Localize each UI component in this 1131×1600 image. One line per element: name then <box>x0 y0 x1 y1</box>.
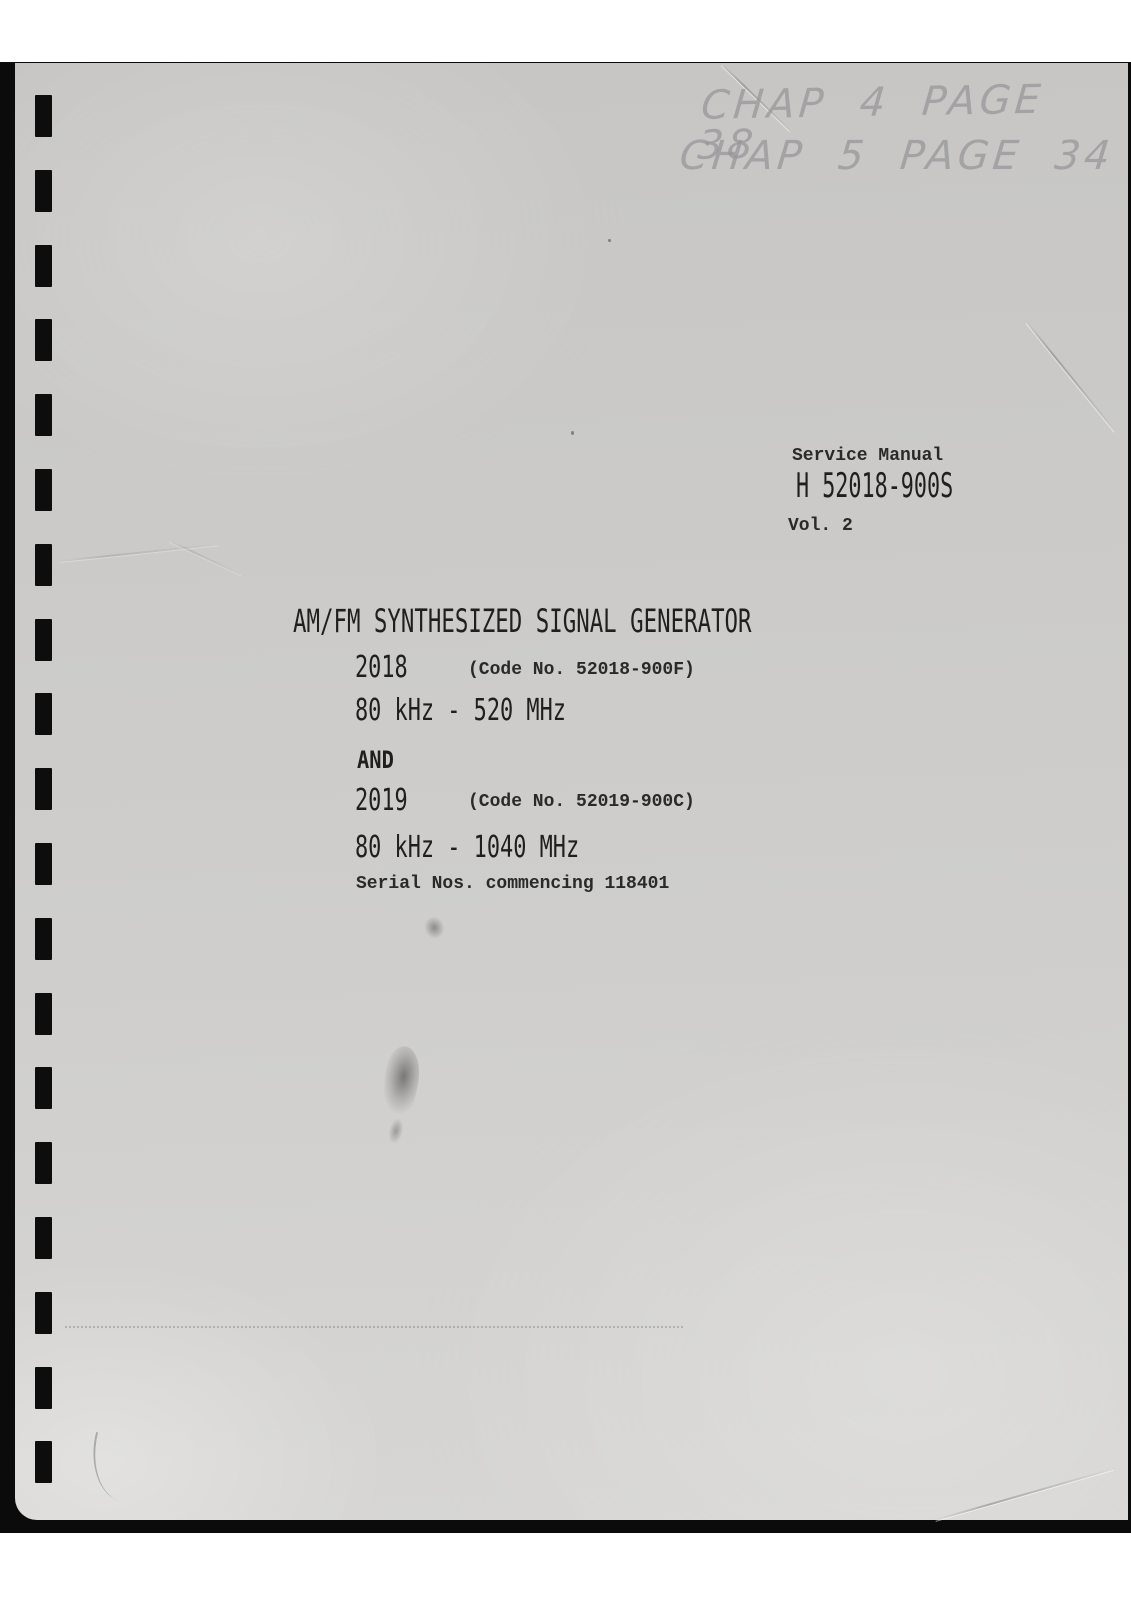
binding-hole <box>35 619 52 661</box>
binding-hole <box>35 693 52 735</box>
model-code-2019: (Code No. 52019-900C) <box>468 792 695 814</box>
doc-number: H 52018-900S <box>796 468 953 505</box>
paper-speck <box>571 431 574 435</box>
doc-type-label: Service Manual <box>792 446 943 468</box>
frequency-range-2018: 80 kHz - 520 MHz <box>355 694 566 727</box>
paper-speck <box>608 239 611 242</box>
binding-hole <box>35 544 52 586</box>
binding-hole <box>35 993 52 1035</box>
binding-hole <box>35 394 52 436</box>
model-number-2018: 2018 <box>355 651 408 684</box>
binding-hole <box>35 843 52 885</box>
frequency-range-2019: 80 kHz - 1040 MHz <box>355 831 579 864</box>
binding-hole <box>35 918 52 960</box>
binding-hole <box>35 1441 52 1483</box>
conjunction-label: AND <box>357 747 394 773</box>
faint-dotted-line <box>65 1326 683 1328</box>
binding-hole <box>35 1217 52 1259</box>
model-code-2018: (Code No. 52018-900F) <box>468 660 695 682</box>
binding-hole <box>35 245 52 287</box>
binding-hole <box>35 768 52 810</box>
binding-hole <box>35 170 52 212</box>
binding-hole <box>35 1142 52 1184</box>
binding-hole <box>35 95 52 137</box>
binding-hole <box>35 469 52 511</box>
scanned-page: CHAP 4 PAGE 38 CHAP 5 PAGE 34 Service Ma… <box>0 0 1131 1600</box>
handwritten-note-line2: CHAP 5 PAGE 34 <box>678 136 1116 176</box>
volume-label: Vol. 2 <box>788 516 853 538</box>
binding-hole <box>35 1367 52 1409</box>
binding-hole <box>35 1292 52 1334</box>
binding-hole <box>35 1067 52 1109</box>
serial-note: Serial Nos. commencing 118401 <box>356 874 669 896</box>
page-title: AM/FM SYNTHESIZED SIGNAL GENERATOR <box>293 604 752 639</box>
binding-hole <box>35 319 52 361</box>
model-number-2019: 2019 <box>355 784 408 817</box>
